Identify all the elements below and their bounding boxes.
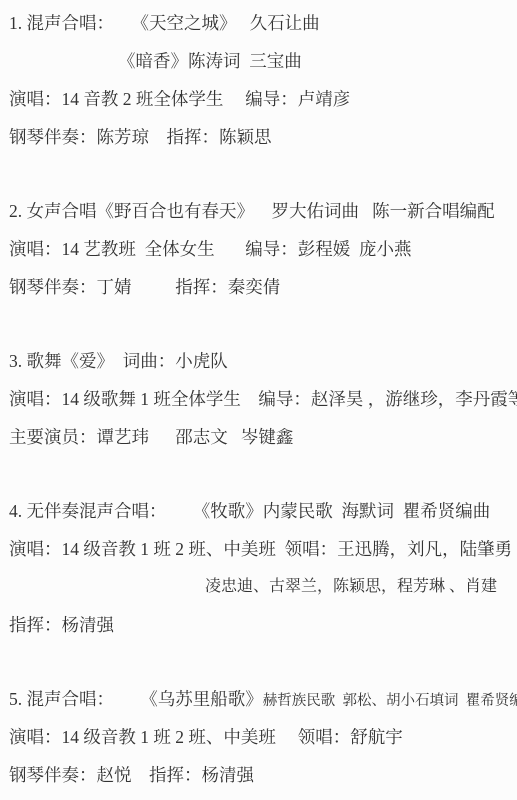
item-performers-lead: 演唱：14 级音教 1 班 2 班、中美班 领唱：舒航宇: [9, 718, 517, 756]
item-title: 3. 歌舞《爱》 词曲：小虎队: [9, 342, 517, 380]
item-title: 2. 女声合唱《野百合也有春天》 罗大佑词曲 陈一新合唱编配: [9, 192, 517, 230]
item-title-credits: 赫哲族民歌 郭松、胡小石填词 瞿希贤编曲: [263, 693, 517, 709]
program-item-4: 4. 无伴奏混声合唱： 《牧歌》内蒙民歌 海默词 瞿希贤编曲 演唱：14 级音教…: [9, 492, 517, 644]
item-piano-conductor: 钢琴伴奏：陈芳琼 指挥：陈颖思: [9, 118, 517, 156]
item-title-main: 5. 混声合唱： 《乌苏里船歌》: [9, 689, 263, 709]
program-document: 1. 混声合唱： 《天空之城》 久石让曲 《暗香》陈涛词 三宝曲 演唱：14 音…: [0, 0, 517, 800]
item-performers: 演唱：14 音教 2 班全体学生 编导：卢靖彦: [9, 80, 517, 118]
item-main-cast: 主要演员：谭艺玮 邵志文 岑键鑫: [9, 418, 517, 456]
item-lead-singers-continued: 凌忠迪、古翠兰，陈颖思，程芳琳 、肖建: [9, 568, 517, 606]
item-performers: 演唱：14 级歌舞 1 班全体学生 编导：赵泽昊 ，游继珍，李丹霞等。: [9, 380, 517, 418]
item-performers: 演唱：14 艺教班 全体女生 编导：彭程媛 庞小燕: [9, 230, 517, 268]
item-title: 5. 混声合唱： 《乌苏里船歌》赫哲族民歌 郭松、胡小石填词 瞿希贤编曲: [9, 680, 517, 718]
program-item-3: 3. 歌舞《爱》 词曲：小虎队 演唱：14 级歌舞 1 班全体学生 编导：赵泽昊…: [9, 342, 517, 456]
program-item-1: 1. 混声合唱： 《天空之城》 久石让曲 《暗香》陈涛词 三宝曲 演唱：14 音…: [9, 4, 517, 156]
item-title: 1. 混声合唱： 《天空之城》 久石让曲: [9, 4, 517, 42]
item-conductor: 指挥：杨清强: [9, 606, 517, 644]
item-second-song: 《暗香》陈涛词 三宝曲: [9, 42, 517, 80]
program-item-5: 5. 混声合唱： 《乌苏里船歌》赫哲族民歌 郭松、胡小石填词 瞿希贤编曲 演唱：…: [9, 680, 517, 794]
program-item-2: 2. 女声合唱《野百合也有春天》 罗大佑词曲 陈一新合唱编配 演唱：14 艺教班…: [9, 192, 517, 306]
item-piano-conductor: 钢琴伴奏：赵悦 指挥：杨清强: [9, 756, 517, 794]
item-performers-lead: 演唱：14 级音教 1 班 2 班、中美班 领唱：王迅腾，刘凡，陆肇勇: [9, 530, 517, 568]
item-piano-conductor: 钢琴伴奏：丁婧 指挥：秦奕倩: [9, 268, 517, 306]
item-title: 4. 无伴奏混声合唱： 《牧歌》内蒙民歌 海默词 瞿希贤编曲: [9, 492, 517, 530]
